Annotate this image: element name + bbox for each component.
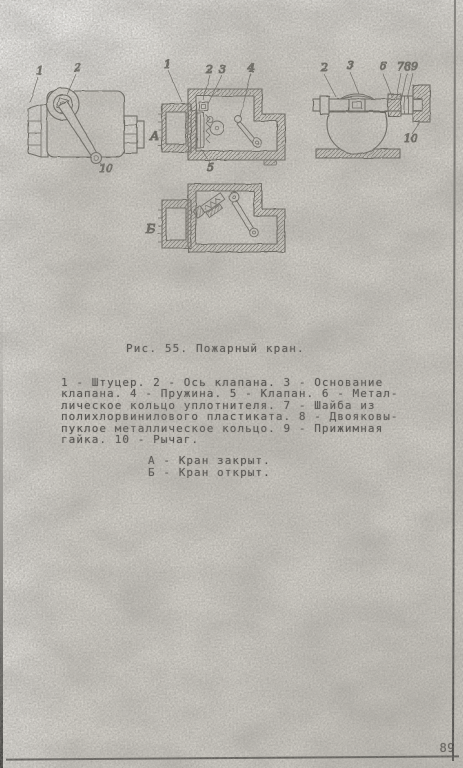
- callout-section-a-2: 2: [205, 63, 213, 76]
- callout-external-10: 10: [99, 162, 113, 175]
- view-note-b: Б - Кран открыт.: [148, 467, 271, 479]
- view-label-b: Б: [145, 221, 155, 236]
- view-note-a: А - Кран закрыт.: [148, 455, 271, 467]
- view-label-a: А: [149, 128, 159, 143]
- page-content: 1 2 10: [0, 0, 463, 768]
- callout-section-a-1: 1: [164, 58, 171, 71]
- callout-top-view-7: 7: [397, 60, 404, 73]
- callout-top-view-2: 2: [320, 61, 328, 74]
- scanned-page: { "document": { "figure_caption": "Рис. …: [0, 0, 463, 768]
- figure-drawings: 1 2 10: [0, 0, 463, 275]
- callout-top-view-8: 8: [404, 60, 411, 73]
- callout-top-view-10: 10: [404, 132, 418, 145]
- figure-section-a-closed: 1 2 3 4 5 А: [149, 58, 285, 174]
- scan-edge-left: [0, 300, 3, 768]
- figure-external-view: 1 2 10: [28, 61, 144, 175]
- view-notes: А - Кран закрыт. Б - Кран открыт.: [148, 455, 271, 478]
- callout-section-a-5: 5: [207, 161, 214, 174]
- figure-legend: 1 - Штуцер. 2 - Ось клапана. 3 - Основан…: [61, 377, 399, 445]
- figure-caption: Рис. 55. Пожарный кран.: [126, 342, 305, 355]
- callout-section-a-3: 3: [219, 63, 226, 76]
- figure-top-view: 2 3 6 7 8 9 10: [313, 59, 430, 158]
- figure-section-b-open: Б: [145, 184, 285, 252]
- callout-external-2: 2: [73, 61, 81, 74]
- callout-section-a-4: 4: [247, 62, 255, 75]
- callout-top-view-6: 6: [380, 60, 387, 73]
- callout-external-1: 1: [36, 64, 43, 77]
- legend-line: полихлорвинилового пластиката. 8 - Двояк…: [61, 411, 399, 422]
- callout-top-view-3: 3: [347, 59, 354, 72]
- legend-line: гайка. 10 - Рычаг.: [61, 434, 399, 445]
- callout-top-view-9: 9: [411, 60, 418, 73]
